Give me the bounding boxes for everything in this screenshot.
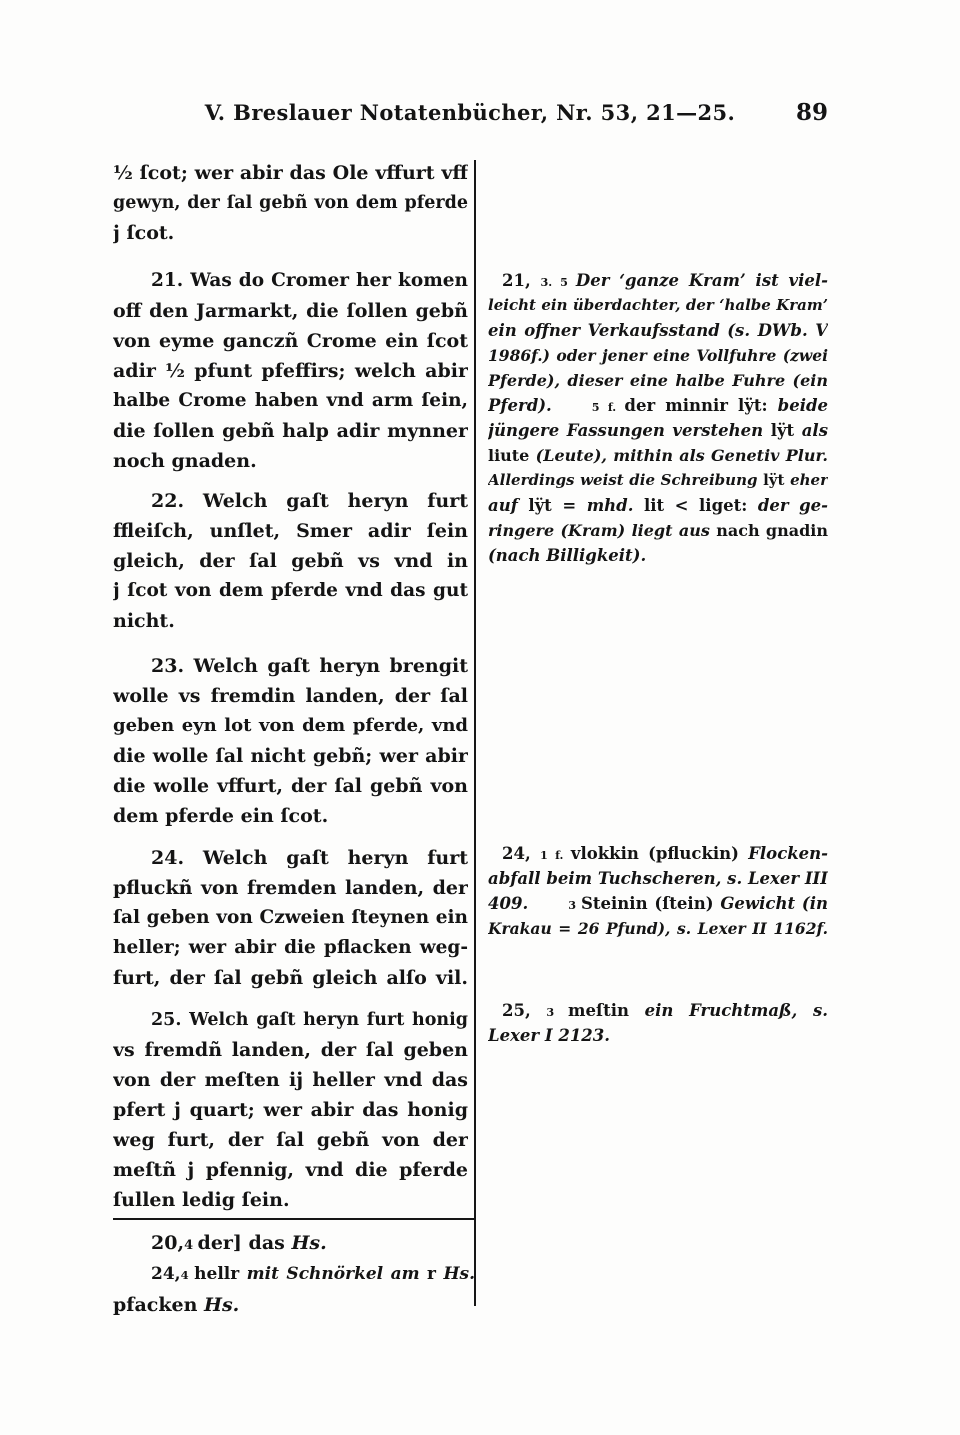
apparatus-separator-rule [113, 1218, 475, 1220]
text-segment: off den Jarmarkt, die ſollen gebñ [113, 300, 468, 322]
text-segment: lÿt [763, 471, 790, 489]
text-segment: halbe Crome haben vnd arm ſein, [113, 390, 468, 411]
text-line: 5j ſcot. [113, 218, 468, 248]
text-line: gewyn, der ſal gebñ von dem pferde [113, 188, 468, 218]
note-line: Allerdings weist die Schreibung lÿt eher [488, 468, 828, 493]
note-line: Lexer I 2123. [488, 1023, 828, 1048]
text-segment: abfall beim Tuchscheren, s. Lexer III [488, 869, 828, 888]
text-line: die ſollen gebñ halp adir mynner [113, 416, 468, 446]
text-segment: Krakau = 26 Pfund), s. Lexer II 1162f. [488, 919, 828, 938]
text-segment: Gewicht (in [720, 894, 828, 913]
text-line: pfluckñ von fremden landen, der [113, 873, 468, 903]
text-segment: eher [790, 471, 828, 489]
text-segment: beide [778, 396, 828, 415]
text-segment: vs fremdñ landen, der ſal geben [113, 1039, 468, 1061]
note-24: 24, 1 f. vlokkin (pfluckin) Flocken-abfa… [488, 841, 828, 941]
text-line: von eyme ganczñ Crome ein ſcot [113, 326, 468, 356]
paragraph-23: 23. Welch gaſt heryn brengitwolle vs fre… [113, 651, 468, 831]
text-segment: 22. Welch gaſt heryn furt [151, 490, 468, 512]
text-segment: lÿt [528, 496, 562, 515]
text-line: geben eyn lot von dem pferde, vnd [113, 711, 468, 741]
line-ref: 5 f. [592, 400, 625, 414]
text-segment: Lexer I 2123. [488, 1026, 610, 1045]
text-line: 5weg furt, der ſal gebñ von der [113, 1125, 468, 1155]
text-segment: von der meſten ij heller vnd das [113, 1069, 468, 1091]
text-segment: (nach Billigkeit). [488, 546, 646, 565]
text-line: dem pferde ein ſcot. [113, 801, 468, 831]
text-segment: 20, [151, 1232, 184, 1254]
text-segment: Hs. [204, 1294, 239, 1316]
apparatus-line: pfacken Hs. [113, 1290, 475, 1321]
paragraph-24: 24. Welch gaſt heryn furtpfluckñ von fre… [113, 843, 468, 993]
text-segment: 24, [502, 844, 540, 863]
text-segment: Pferde), dieser eine halbe Fuhre (ein [488, 371, 828, 390]
text-line: adir ½ pfunt pfeffirs; welch abir [113, 356, 468, 386]
text-segment: noch gnaden. [113, 450, 257, 472]
text-segment: 23. Welch gaſt heryn brengit [151, 655, 468, 677]
text-segment: Steinin (ſtein) [581, 894, 720, 913]
note-line: 1986f.) oder jener eine Vollfuhre (zwei [488, 343, 828, 368]
text-segment: dem pferde ein ſcot. [113, 805, 328, 827]
text-line: 23. Welch gaſt heryn brengit [113, 651, 468, 681]
paragraph-20-continuation: ½ ſcot; wer abir das Ole vffurt vffgewyn… [113, 158, 468, 248]
note-line: ringere (Kram) liegt aus nach gnadin [488, 518, 828, 543]
text-segment: mit Schnörkel am [247, 1264, 427, 1284]
text-segment: heller; wer abir die pflacken weg- [113, 937, 468, 958]
text-line: meſtñ j pfennig, vnd die pferde [113, 1155, 468, 1185]
text-segment: der] das [198, 1232, 292, 1254]
note-line: abfall beim Tuchscheren, s. Lexer III [488, 866, 828, 891]
paragraph-25: 25. Welch gaſt heryn furt honigvs fremdñ… [113, 1005, 468, 1215]
text-line: 25. Welch gaſt heryn furt honig [113, 1005, 468, 1035]
note-line: Krakau = 26 Pfund), s. Lexer II 1162f. [488, 916, 828, 941]
text-line: heller; wer abir die pflacken weg- [113, 933, 468, 963]
text-line: j ſcot von dem pferde vnd das gut [113, 576, 468, 606]
text-segment: wolle vs fremdin landen, der ſal [113, 685, 468, 707]
note-line: Pferd).5 f. der minnir lÿt: beide [488, 393, 828, 418]
note-25: 25, 3 meſtin ein Fruchtmaß, s.Lexer I 21… [488, 998, 828, 1048]
text-segment: 409. [488, 894, 528, 913]
text-segment: weg furt, der ſal gebñ von der [113, 1129, 468, 1151]
text-line: 5furt, der ſal gebñ gleich alſo vil. [113, 963, 468, 993]
text-line: pfert j quart; wer abir das honig [113, 1095, 468, 1125]
text-segment: Hs. [291, 1232, 326, 1254]
text-segment: Flocken- [748, 844, 828, 863]
text-segment: lÿt [771, 421, 802, 440]
text-segment: ffleiſch, unſlet, Smer adir ſein [113, 520, 468, 542]
paragraph-22: 22. Welch gaſt heryn furtffleiſch, unſle… [113, 486, 468, 636]
text-segment: der ge- [758, 496, 828, 515]
text-line: 22. Welch gaſt heryn furt [113, 486, 468, 516]
text-segment: lit < liget: [644, 496, 758, 515]
text-segment: Allerdings weist die Schreibung [488, 471, 763, 489]
text-segment: = mhd. [562, 496, 644, 515]
text-segment: pfert j quart; wer abir das honig [113, 1099, 468, 1121]
text-segment: 1986f.) oder jener eine Vollfuhre (zwei [488, 346, 828, 365]
text-segment: geben eyn lot von dem pferde, vnd [113, 715, 468, 736]
text-segment: pfluckñ von fremden landen, der [113, 877, 468, 899]
apparatus-line: 24,4 hellr mit Schnörkel am r Hs. [113, 1259, 475, 1290]
text-segment: furt, der ſal gebñ gleich alſo vil. [113, 967, 468, 989]
text-segment: pfacken [113, 1294, 204, 1316]
text-line: ſal geben von Czweien ſteynen ein [113, 903, 468, 933]
apparatus-line: 20,4 der] das Hs. [113, 1228, 475, 1259]
note-21: 21, 3. 5 Der ‘ganze Kram’ ist viel-leich… [488, 268, 828, 568]
line-ref: 4 [184, 1238, 197, 1253]
text-segment: 21, [502, 271, 541, 290]
text-segment: ein offner Verkaufsstand (s. DWb. V [488, 321, 828, 340]
text-segment: 21. Was do Cromer her komen [151, 270, 468, 291]
note-line: Pferde), dieser eine halbe Fuhre (ein [488, 368, 828, 393]
text-segment: Pferd). [488, 396, 552, 415]
line-ref: 3 [546, 1005, 568, 1019]
text-segment: als [802, 421, 828, 440]
text-segment: Der ‘ganze Kram’ ist viel- [576, 271, 828, 290]
text-segment: meſtin [568, 1001, 645, 1020]
text-segment: (Leute), mithin als Genetiv Plur. [536, 446, 828, 465]
text-line: off den Jarmarkt, die ſollen gebñ [113, 296, 468, 326]
text-line: die wolle ſal nicht gebñ; wer abir [113, 741, 468, 771]
column-divider-rule [474, 160, 476, 1306]
text-line: 5nicht. [113, 606, 468, 636]
text-segment: 25. Welch gaſt heryn furt honig [151, 1010, 468, 1030]
text-segment: r [427, 1264, 443, 1284]
text-segment: jüngere Fassungen verstehen [488, 421, 771, 440]
text-segment: ringere (Kram) liegt aus [488, 521, 716, 540]
text-segment: 25, [502, 1001, 546, 1020]
text-segment: nach gnadin [716, 521, 828, 540]
text-segment: die wolle ſal nicht gebñ; wer abir [113, 745, 468, 767]
text-segment: meſtñ j pfennig, vnd die pferde [113, 1159, 468, 1181]
note-line: 409.3 Steinin (ſtein) Gewicht (in [488, 891, 828, 916]
note-line: leicht ein überdachter, der ‘halbe Kram’ [488, 293, 828, 318]
text-segment: der minnir lÿt: [624, 396, 777, 415]
text-line: 24. Welch gaſt heryn furt [113, 843, 468, 873]
text-segment: von eyme ganczñ Crome ein ſcot [113, 330, 468, 352]
text-line: ½ ſcot; wer abir das Ole vffurt vff [113, 158, 468, 188]
line-ref: 4 [181, 1268, 195, 1282]
text-segment: liute [488, 446, 536, 465]
text-segment: leicht ein überdachter, der ‘halbe Kram’ [488, 296, 828, 314]
note-line: jüngere Fassungen verstehen lÿt als [488, 418, 828, 443]
note-line: auf lÿt = mhd. lit < liget: der ge- [488, 493, 828, 518]
paragraph-21: 21. Was do Cromer her komenoff den Jarma… [113, 266, 468, 476]
text-line: ſullen ledig ſein. [113, 1185, 468, 1215]
note-line: (nach Billigkeit). [488, 543, 828, 568]
text-segment: die ſollen gebñ halp adir mynner [113, 420, 468, 442]
note-line: ein offner Verkaufsstand (s. DWb. V [488, 318, 828, 343]
text-line: ffleiſch, unſlet, Smer adir ſein [113, 516, 468, 546]
text-segment: auf [488, 496, 528, 515]
text-segment: ſal geben von Czweien ſteynen ein [113, 907, 468, 928]
line-ref: 3 [568, 898, 581, 912]
text-segment: nicht. [113, 610, 175, 632]
text-segment: j ſcot. [113, 222, 174, 244]
text-line: 5die wolle vffurt, der ſal gebñ von [113, 771, 468, 801]
text-line: gleich, der ſal gebñ vs vnd in [113, 546, 468, 576]
text-segment: vlokkin (pfluckin) [571, 844, 748, 863]
text-segment: 24, [151, 1264, 181, 1284]
text-segment: j ſcot von dem pferde vnd das gut [113, 580, 468, 601]
apparatus-block: 20,4 der] das Hs.24,4 hellr mit Schnörke… [113, 1228, 475, 1321]
text-line: wolle vs fremdin landen, der ſal [113, 681, 468, 711]
text-line: noch gnaden. [113, 446, 468, 476]
text-segment: adir ½ pfunt pfeffirs; welch abir [113, 360, 468, 382]
text-line: von der meſten ij heller vnd das [113, 1065, 468, 1095]
line-ref: 1 f. [540, 848, 571, 862]
page-number: 89 [796, 99, 828, 126]
text-line: vs fremdñ landen, der ſal geben [113, 1035, 468, 1065]
text-segment: 24. Welch gaſt heryn furt [151, 847, 468, 869]
book-page-scan: V. Breslauer Notatenbücher, Nr. 53, 21—2… [0, 0, 960, 1435]
text-segment: die wolle vffurt, der ſal gebñ von [113, 775, 468, 797]
text-line: 5halbe Crome haben vnd arm ſein, [113, 386, 468, 416]
text-segment: gleich, der ſal gebñ vs vnd in [113, 550, 468, 572]
text-line: 21. Was do Cromer her komen [113, 266, 468, 296]
text-segment: ½ ſcot; wer abir das Ole vffurt vff [113, 162, 468, 184]
note-line: 21, 3. 5 Der ‘ganze Kram’ ist viel- [488, 268, 828, 293]
text-segment: ſullen ledig ſein. [113, 1189, 290, 1211]
text-segment: ein Fruchtmaß, s. [645, 1001, 828, 1020]
line-ref: 3. 5 [541, 275, 576, 289]
text-segment: gewyn, der ſal gebñ von dem pferde [113, 193, 468, 213]
text-segment: hellr [194, 1264, 247, 1284]
text-segment: Hs. [443, 1264, 475, 1284]
note-line: 25, 3 meſtin ein Fruchtmaß, s. [488, 998, 828, 1023]
note-line: liute (Leute), mithin als Genetiv Plur. [488, 443, 828, 468]
note-line: 24, 1 f. vlokkin (pfluckin) Flocken- [488, 841, 828, 866]
